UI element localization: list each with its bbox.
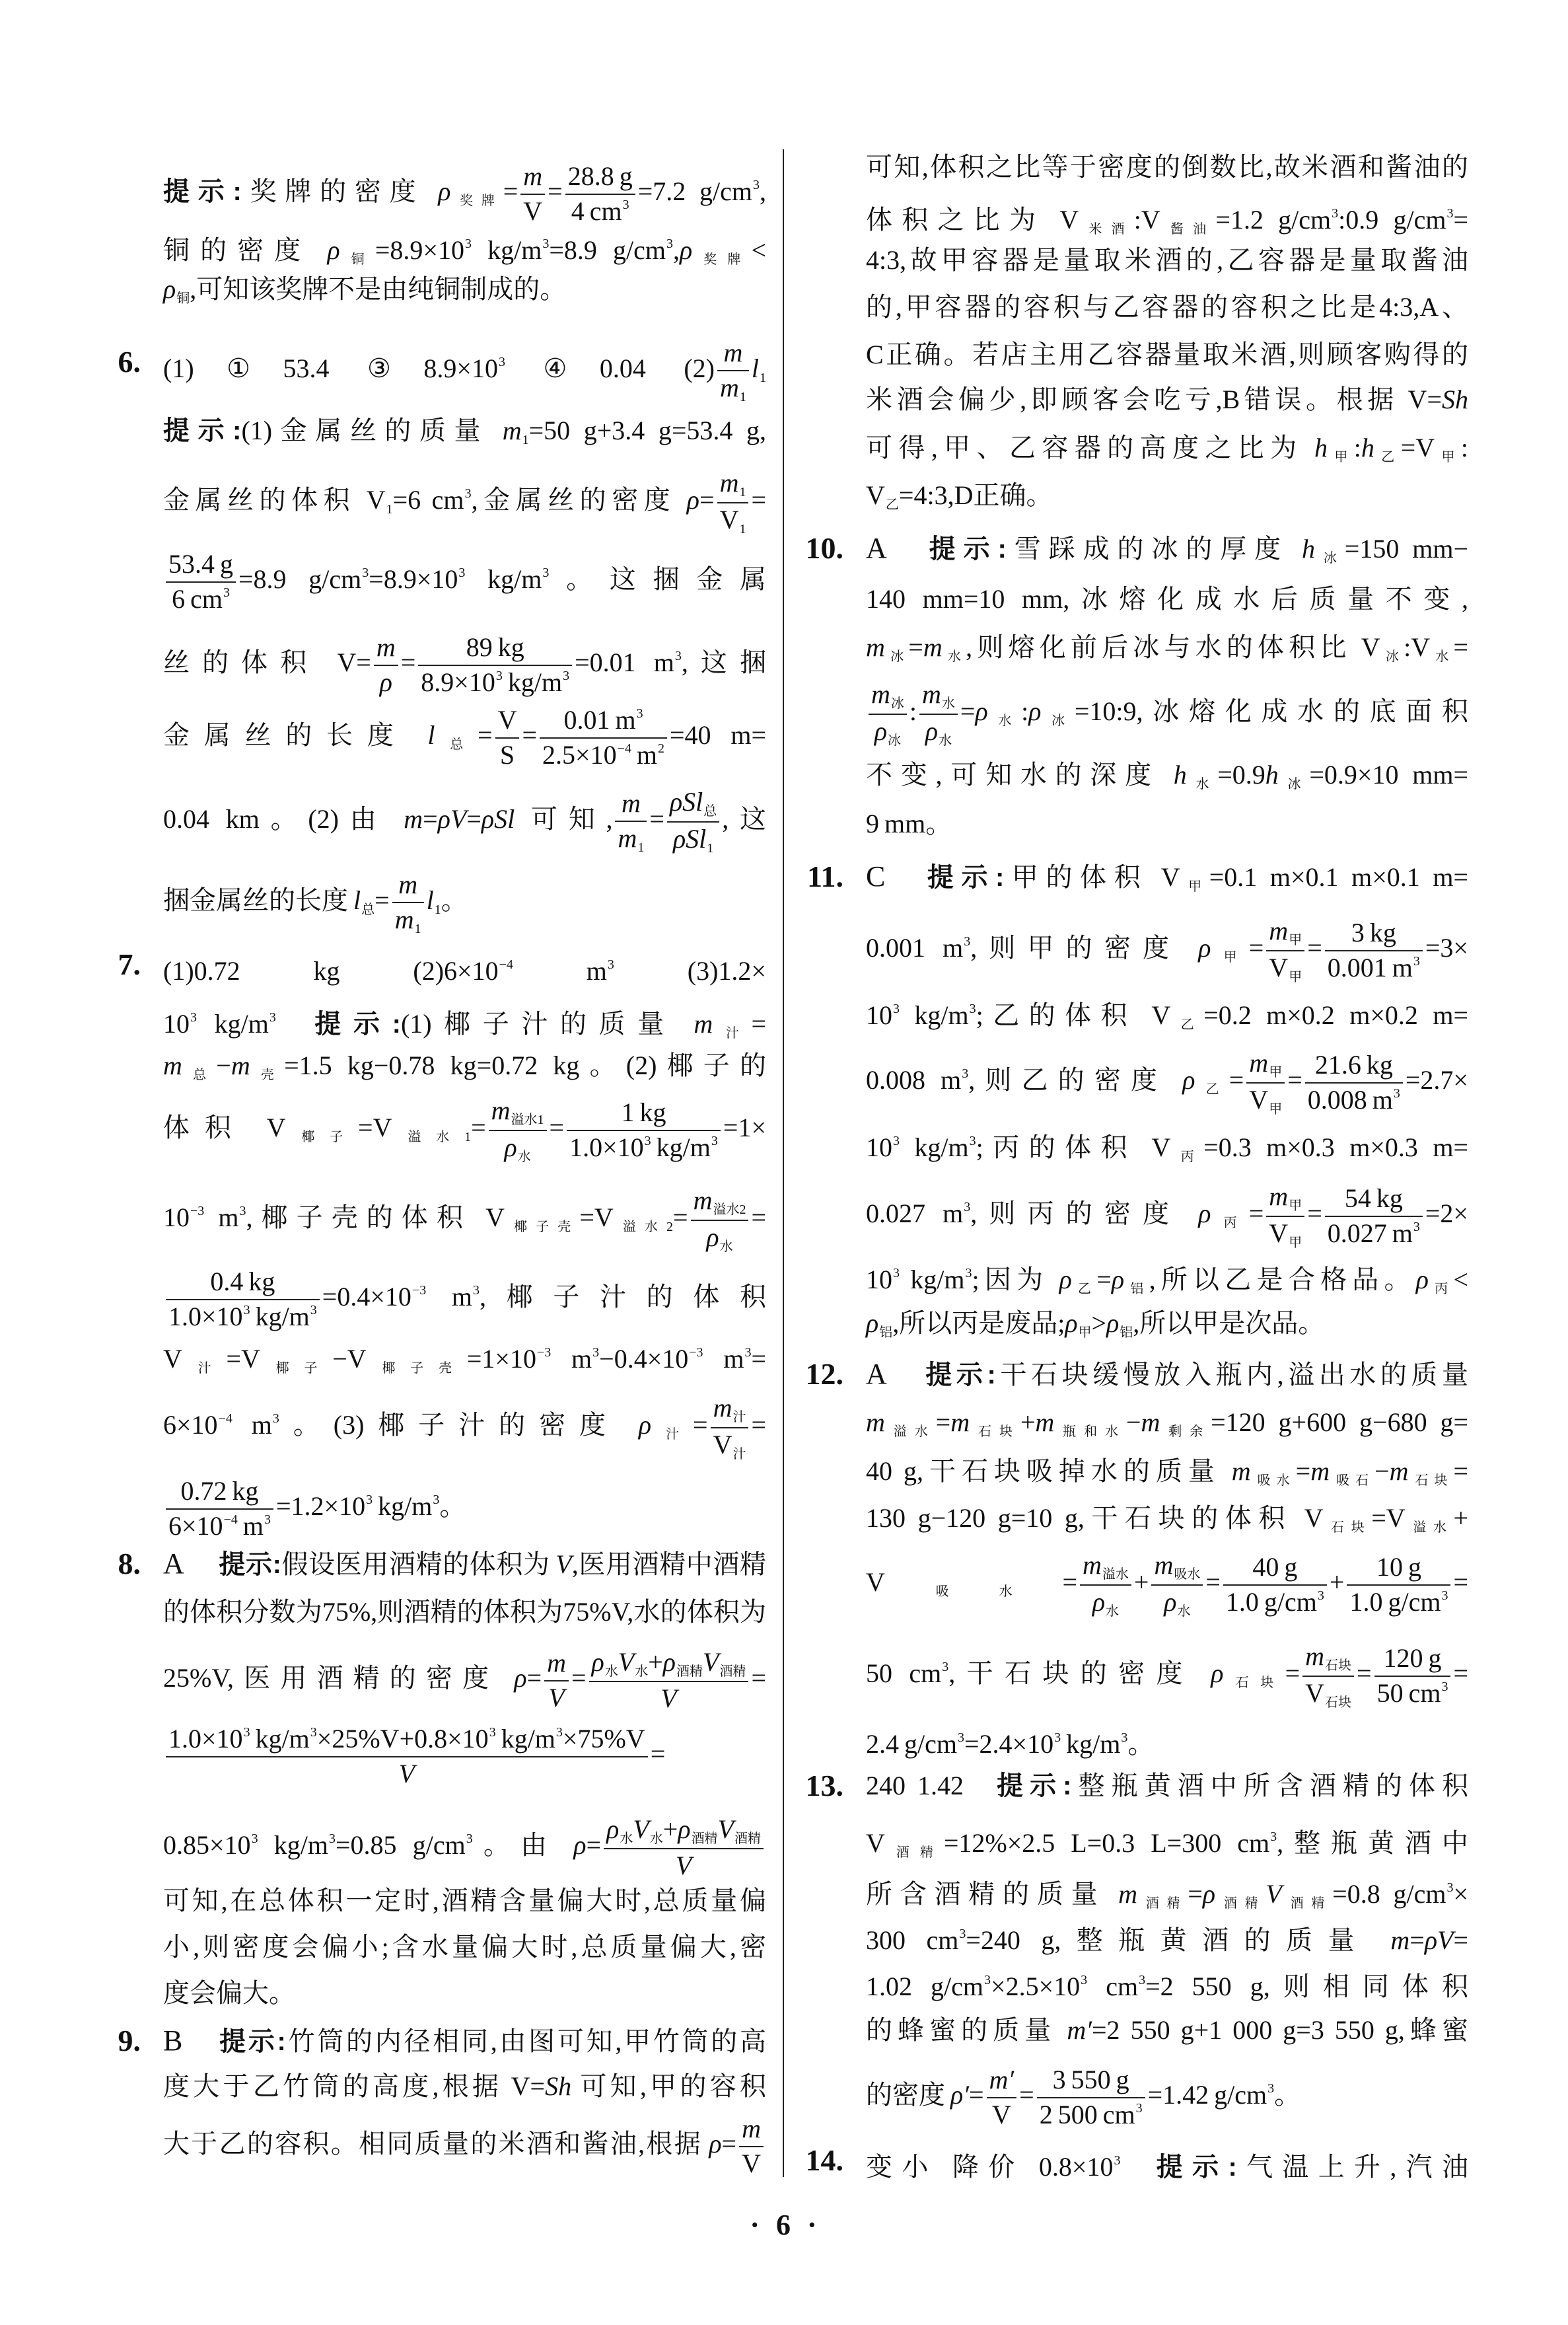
- text-run: 1.0 g/cm: [1349, 1587, 1441, 1617]
- math-variable: m: [523, 161, 542, 191]
- text-run: 。(3)椰子汁的密度: [279, 1410, 639, 1440]
- superscript: 3: [964, 934, 970, 949]
- text-run: 10 g: [1376, 1552, 1421, 1582]
- text-run: =V: [358, 1113, 392, 1142]
- text-run: =2×: [1425, 1199, 1468, 1228]
- text-run: =: [522, 720, 537, 750]
- fraction: mV: [544, 1648, 569, 1713]
- text-run: ,则甲的密度: [970, 933, 1198, 963]
- text-run: ,则熔化前后冰与水的体积比 V: [966, 632, 1380, 662]
- math-variable: m: [694, 1185, 713, 1215]
- superscript: 3: [753, 178, 760, 192]
- text-run: S: [500, 740, 515, 770]
- text-run: +: [1453, 1503, 1468, 1533]
- subscript: 椰子壳: [367, 1361, 467, 1376]
- text-run: 21.6 kg: [1315, 1050, 1393, 1080]
- text-run: +: [1330, 1567, 1345, 1597]
- subscript: 石块: [1224, 1676, 1285, 1690]
- fraction-denominator: S: [495, 739, 520, 770]
- subscript: 甲: [1211, 950, 1248, 965]
- text-run: 10: [866, 1132, 892, 1162]
- fraction: 89 kg8.9×103 kg/m3: [418, 633, 572, 698]
- text-run: =2 550 g+1 000 g=3 550 g,蜂蜜: [1092, 2015, 1468, 2045]
- text-run: 度大于乙竹筒的高度,根据 V=: [163, 2071, 545, 2101]
- text-run: m: [551, 1344, 592, 1374]
- superscript: 3: [1270, 1829, 1277, 1844]
- text-run: =: [1285, 1658, 1301, 1688]
- fraction-denominator: ρ水: [489, 1131, 547, 1164]
- text-run: 25%V,医用酒精的密度: [163, 1663, 514, 1693]
- text-run: 捆金属丝的长度: [163, 885, 353, 915]
- text-run: 1.0×10: [569, 1132, 644, 1162]
- text-run: =6 cm: [393, 485, 464, 515]
- text-run: 6 cm: [172, 584, 223, 614]
- text-run: =: [908, 632, 923, 662]
- subscript: 吸水: [1174, 1567, 1200, 1582]
- math-variable: V: [548, 1683, 564, 1713]
- text-run: =: [527, 1663, 542, 1693]
- math-variable: ρ: [1182, 1065, 1195, 1095]
- text-run: 0.027 m: [866, 1199, 963, 1228]
- text-run: =: [1062, 1567, 1077, 1597]
- text-run: m: [204, 1202, 238, 1232]
- answer-line: V吸水=m溢水ρ水+m吸水ρ水=40 g1.0 g/cm3+10 g1.0 g/…: [866, 1539, 1468, 1625]
- column-divider: [783, 149, 784, 2177]
- answer-line: 大于乙的容积。相同质量的米酒和酱油,根据 ρ=mV: [163, 2101, 766, 2187]
- text-run: +: [663, 1814, 678, 1844]
- fraction: mρ: [374, 633, 398, 698]
- fraction: 53.4 g6 cm3: [166, 550, 236, 614]
- text-run: =: [699, 485, 715, 515]
- superscript: 3: [1114, 2153, 1120, 2168]
- subscript: 壳: [251, 1068, 284, 1082]
- text-run: 金属丝的长度: [163, 720, 427, 750]
- question-number: 8.: [118, 1521, 141, 1607]
- fraction-numerator: m: [544, 1648, 569, 1681]
- superscript: 3: [984, 1973, 991, 1987]
- text-run: =1.2×10: [276, 1491, 365, 1521]
- text-run: 6×10: [163, 1410, 218, 1440]
- math-variable: ρSl: [481, 804, 515, 834]
- text-run: 。: [439, 1491, 466, 1521]
- answer-line: 14.变小 降价 0.8×103 提示:气温上升,汽油: [866, 2118, 1468, 2203]
- text-run: ,这捆: [682, 647, 766, 677]
- fraction-numerator: m: [392, 870, 424, 903]
- superscript: 2: [658, 741, 664, 756]
- text-run: 3 550 g: [1053, 2065, 1129, 2094]
- fraction-numerator: 1.0×103 kg/m3×25%V+0.8×103 kg/m3×75%V: [166, 1724, 648, 1757]
- answer-key-page: · 6 · 提示:奖牌的密度 ρ奖牌=mV=28.8 g4 cm3=7.2 g/…: [0, 0, 1568, 2325]
- text-run: =0.4×10: [322, 1282, 411, 1311]
- text-run: ;丙的体积 V: [976, 1132, 1171, 1162]
- subscript: 水: [1431, 649, 1453, 664]
- text-run: (1)①53.4 ③8.9×10: [163, 353, 498, 383]
- hint-label: 提示:: [163, 416, 241, 445]
- fraction-denominator: V: [589, 1682, 749, 1714]
- fraction-numerator: V: [495, 706, 520, 739]
- superscript: 3: [433, 1493, 439, 1507]
- math-variable: m: [1083, 1550, 1102, 1580]
- text-run: =: [751, 1344, 766, 1374]
- superscript: −3: [537, 1345, 551, 1360]
- text-run: =: [401, 647, 416, 677]
- superscript: 3: [962, 1066, 968, 1081]
- text-run: 89 kg: [466, 632, 524, 662]
- superscript: 3: [563, 669, 569, 683]
- text-run: 的体积分数为75%,则酒精的体积为75%V,水的体积为: [163, 1597, 766, 1627]
- fraction-numerator: 54 kg: [1325, 1184, 1423, 1217]
- text-run: 10: [163, 1202, 190, 1232]
- fraction-numerator: m溢水1: [489, 1096, 547, 1130]
- text-run: =: [1357, 1658, 1372, 1688]
- text-run: =: [751, 1410, 766, 1440]
- fraction-numerator: m水: [919, 680, 958, 714]
- fraction-denominator: V: [544, 1681, 569, 1713]
- fraction: m溢水2ρ水: [691, 1186, 749, 1254]
- subscript: 椰子壳: [505, 1220, 579, 1234]
- text-run: =: [1019, 2080, 1034, 2110]
- text-run: =: [1229, 1065, 1244, 1095]
- superscript: 3: [1441, 1679, 1448, 1694]
- fraction-denominator: ρSl1: [667, 823, 719, 856]
- text-run: =3×: [1425, 933, 1468, 963]
- text-run: =: [1307, 933, 1322, 963]
- question-number: 6.: [118, 319, 141, 405]
- text-run: V: [742, 2149, 761, 2178]
- text-run: +: [1134, 1567, 1149, 1597]
- math-variable: Sh: [545, 2071, 571, 2101]
- subscript: 丙: [1211, 1216, 1248, 1230]
- subscript: 酒精: [719, 1664, 746, 1679]
- answer-line: 10−3 m3,椰子壳的体积 V椰子壳=V溢水2=m溢水2ρ水=: [163, 1168, 766, 1254]
- subscript: 1: [435, 903, 441, 917]
- fraction-denominator: 1.0×103 kg/m3: [567, 1131, 721, 1163]
- text-run: +: [648, 1647, 663, 1677]
- superscript: 3: [970, 1002, 976, 1016]
- fraction-numerator: 0.72 kg: [166, 1477, 273, 1510]
- text-run: m: [232, 1410, 272, 1440]
- superscript: 3: [465, 486, 472, 501]
- text-run: 大于乙的容积。相同质量的米酒和酱油,根据: [163, 2129, 709, 2159]
- text-run: =0.2 m×0.2 m×0.2 m=: [1203, 1000, 1468, 1030]
- fraction-numerator: 40 g: [1223, 1553, 1327, 1586]
- math-variable: ρ: [1092, 1587, 1105, 1617]
- superscript: 3: [1139, 1973, 1145, 1987]
- superscript: 3: [273, 1411, 279, 1426]
- text-run: :: [1021, 696, 1028, 726]
- text-run: 54 kg: [1345, 1183, 1403, 1213]
- text-run: =40 m=: [670, 720, 766, 750]
- subscript: 汁: [183, 1361, 227, 1376]
- text-run: 0.01 m: [563, 705, 635, 735]
- fraction-numerator: 89 kg: [418, 633, 572, 666]
- text-run: 的密度: [866, 2080, 950, 2110]
- fraction-numerator: ρ水V水+ρ酒精V酒精: [589, 1648, 749, 1682]
- text-run: :V: [1404, 632, 1430, 662]
- superscript: 3: [1081, 1973, 1087, 1987]
- text-run: kg/m: [465, 564, 542, 594]
- subscript: 溢水: [1102, 1567, 1129, 1582]
- subscript: 溢水1: [511, 1113, 544, 1127]
- subscript: 水: [942, 696, 955, 711]
- math-variable: m: [923, 632, 943, 662]
- subscript: 1: [760, 371, 766, 385]
- fraction: m溢水1ρ水: [489, 1096, 547, 1164]
- text-run: −: [216, 1051, 231, 1080]
- fraction-denominator: m1: [615, 822, 647, 855]
- text-run: =: [423, 804, 438, 834]
- subscript: 汁: [652, 1427, 693, 1442]
- text-run: 体积 V: [163, 1113, 285, 1142]
- math-variable: ρ: [975, 696, 987, 726]
- text-run: 丝的体积 V=: [163, 647, 371, 677]
- hint-label: 提示:: [1147, 2153, 1236, 2182]
- subscript: 冰: [1042, 714, 1074, 728]
- text-run: ,则丙的密度: [970, 1199, 1198, 1228]
- math-variable: ρ: [1028, 696, 1041, 726]
- subscript: 酒精: [734, 1831, 761, 1846]
- fraction: 0.01 m32.5×10−4 m2: [540, 706, 667, 770]
- superscript: 3: [223, 585, 230, 600]
- text-run: 。: [1274, 2080, 1301, 2110]
- subscript: 1: [739, 485, 746, 499]
- text-run: =: [1453, 632, 1468, 662]
- fraction-numerator: 53.4 g: [166, 550, 236, 583]
- subscript: 溢水: [1406, 1520, 1454, 1535]
- text-run: =8.9×10: [369, 564, 458, 594]
- subscript: 水: [943, 649, 966, 664]
- math-variable: ρ: [1211, 1658, 1223, 1688]
- superscript: 3: [592, 1345, 599, 1360]
- text-run: 53.4 g: [168, 549, 233, 579]
- superscript: −4: [618, 741, 631, 756]
- fraction: m溢水ρ水: [1080, 1551, 1131, 1619]
- text-run: =: [571, 1663, 587, 1693]
- fraction-denominator: 1.0 g/cm3: [1223, 1586, 1327, 1617]
- superscript: 3: [675, 649, 682, 663]
- text-run: =: [969, 2080, 984, 2110]
- fraction-numerator: m1: [717, 468, 749, 503]
- math-variable: l: [353, 885, 361, 915]
- text-run: 1.0 g/cm: [1226, 1587, 1317, 1617]
- text-run: kg/m: [496, 1724, 555, 1753]
- math-variable: ρ: [663, 1647, 676, 1677]
- text-run: −0.4×10: [599, 1344, 688, 1374]
- superscript: 3: [942, 1660, 948, 1674]
- math-variable: V: [633, 1814, 649, 1844]
- question-number: 13.: [806, 1743, 844, 1829]
- math-variable: m: [163, 1051, 182, 1080]
- superscript: −4: [499, 957, 513, 972]
- text-run: ,干石块的密度: [948, 1658, 1211, 1688]
- fraction: 1.0×103 kg/m3×25%V+0.8×103 kg/m3×75%VV: [166, 1724, 648, 1789]
- superscript: 3: [329, 1831, 336, 1846]
- math-variable: m: [404, 804, 423, 834]
- math-variable: m: [398, 869, 417, 899]
- fraction: ρ水V水+ρ酒精V酒精V: [589, 1648, 749, 1714]
- math-variable: ρ: [514, 1663, 526, 1693]
- subscript: 丙: [1171, 1150, 1203, 1164]
- fraction-denominator: V: [166, 1757, 648, 1789]
- text-run: =2.7×: [1406, 1065, 1468, 1095]
- text-run: =: [478, 720, 493, 750]
- fraction-numerator: m汁: [711, 1393, 749, 1428]
- text-run: =1.42 g/cm: [1148, 2080, 1267, 2110]
- superscript: 3: [965, 1266, 972, 1280]
- fraction-denominator: ρ水: [1080, 1586, 1131, 1619]
- text-run: 0.001 m: [866, 933, 963, 963]
- subscript: 水: [989, 714, 1021, 728]
- text-run: =: [651, 1739, 666, 1769]
- text-run: kg/m: [373, 1491, 432, 1521]
- superscript: 3: [542, 566, 549, 580]
- fraction: ρSl总ρSl1: [667, 788, 719, 856]
- question-number: 11.: [807, 834, 843, 920]
- text-run: =: [673, 1202, 688, 1232]
- math-variable: l: [427, 720, 435, 750]
- math-variable: ρ: [504, 1132, 517, 1162]
- superscript: 3: [239, 1204, 246, 1218]
- question-number: 10.: [806, 505, 844, 591]
- fraction-numerator: m甲: [1266, 1182, 1304, 1216]
- math-variable: ρ: [573, 1830, 586, 1860]
- superscript: 3: [362, 566, 369, 580]
- text-run: ,金属丝的密度: [472, 485, 687, 515]
- text-run: =V: [1371, 1503, 1405, 1533]
- text-run: kg/m: [651, 1132, 711, 1162]
- superscript: 3: [645, 1134, 651, 1148]
- question-number: 14.: [806, 2118, 844, 2203]
- math-variable: ρ: [592, 1647, 604, 1677]
- subscript: 总: [435, 737, 478, 752]
- math-variable: ρ: [1198, 1199, 1211, 1228]
- superscript: −3: [190, 1204, 204, 1218]
- hint-label: 提示:: [919, 863, 1004, 892]
- fraction: mV: [739, 2114, 764, 2179]
- fraction-numerator: 3 550 g: [1037, 2065, 1145, 2098]
- math-variable: m: [622, 788, 641, 818]
- superscript: 3: [744, 1345, 751, 1360]
- text-run: =: [587, 1830, 602, 1860]
- math-variable: l: [427, 885, 434, 915]
- page-number: · 6 ·: [684, 2205, 882, 2245]
- text-run: (1)金属丝的质量: [241, 416, 502, 445]
- fraction-denominator: 1.0 g/cm3: [1347, 1586, 1450, 1617]
- text-run: =8.9 g/cm: [238, 564, 361, 594]
- subscript: 铜: [176, 291, 190, 306]
- superscript: 3: [970, 1134, 976, 1148]
- fraction-denominator: 2.5×10−4 m2: [540, 739, 667, 770]
- math-variable: m: [1305, 1641, 1324, 1671]
- text-run: 2.5×10: [542, 740, 617, 770]
- fraction-numerator: m: [374, 633, 398, 666]
- text-run: =: [1249, 1199, 1264, 1228]
- text-run: =V: [226, 1344, 260, 1374]
- text-run: kg/m: [258, 1830, 328, 1860]
- text-run: 1 kg: [621, 1097, 666, 1127]
- math-variable: ρ: [709, 2129, 721, 2159]
- fraction-numerator: 3 kg: [1325, 918, 1423, 951]
- subscript: 总: [703, 804, 717, 819]
- text-run: 1.0×10: [168, 1724, 243, 1753]
- superscript: 3: [1318, 1588, 1324, 1603]
- text-run: =: [1287, 1065, 1302, 1095]
- fraction-numerator: 21.6 kg: [1305, 1051, 1403, 1084]
- text-run: =: [751, 1663, 766, 1693]
- fraction-numerator: 0.4 kg: [166, 1267, 320, 1300]
- fraction-numerator: 120 g: [1374, 1644, 1451, 1677]
- superscript: 3: [473, 1283, 480, 1298]
- text-run: =: [751, 485, 766, 515]
- math-variable: m: [713, 1393, 732, 1422]
- text-run: ×75%V: [563, 1724, 645, 1753]
- answer-line: 25%V,医用酒精的密度 ρ=mV=ρ水V水+ρ酒精V酒精V=: [163, 1635, 766, 1721]
- fraction-numerator: 10 g: [1347, 1553, 1450, 1586]
- superscript: 3: [499, 355, 505, 369]
- text-run: =: [751, 1202, 766, 1232]
- text-run: =: [722, 2129, 737, 2159]
- fraction-denominator: 6 cm3: [166, 583, 236, 614]
- fraction-numerator: m′: [987, 2065, 1017, 2098]
- math-variable: V: [660, 1683, 676, 1713]
- text-run: =: [693, 1410, 708, 1440]
- text-run: 0.008 m: [866, 1065, 961, 1095]
- text-run: 0.85×10: [163, 1830, 251, 1860]
- math-variable: m: [1269, 1181, 1288, 1211]
- subscript: 乙: [1195, 1082, 1229, 1097]
- text-run: 甲的体积 V: [1004, 862, 1180, 892]
- text-run: 的蜂蜜的质量: [866, 2015, 1067, 2045]
- text-run: ,椰子壳的体积 V: [246, 1202, 505, 1232]
- superscript: 3: [310, 1725, 317, 1740]
- math-variable: ρSl: [670, 787, 703, 817]
- subscript: 冰: [1381, 649, 1404, 664]
- answer-choice: C: [866, 860, 885, 893]
- answer-line: 丝的体积 V=mρ=89 kg8.9×103 kg/m3=0.01 m3,这捆: [163, 613, 766, 699]
- text-run: [1120, 2152, 1147, 2182]
- math-variable: ρ: [1164, 1587, 1176, 1617]
- fraction-numerator: m吸水: [1151, 1551, 1203, 1585]
- math-variable: ρ: [639, 1410, 651, 1440]
- superscript: 3: [466, 1831, 473, 1846]
- superscript: 3: [637, 706, 643, 721]
- fraction-numerator: m: [520, 162, 545, 195]
- text-run: 0.04 km。(2)由: [163, 804, 404, 834]
- question-number: 7.: [118, 922, 141, 1008]
- text-run: =: [550, 1113, 565, 1142]
- text-run: =: [471, 1113, 486, 1142]
- fraction: mm1: [615, 789, 647, 855]
- math-variable: m: [1269, 916, 1288, 945]
- math-variable: V: [703, 1647, 719, 1677]
- math-variable: ρ: [606, 1814, 619, 1844]
- answer-line: 金属丝的体积 V1=6 cm3,金属丝的密度 ρ=m1V1=: [163, 451, 766, 536]
- text-run: V: [866, 1567, 885, 1597]
- text-run: −V: [332, 1344, 366, 1374]
- math-variable: ρ: [163, 274, 176, 304]
- subscript: 水: [635, 1664, 648, 1679]
- math-variable: ρ: [687, 485, 699, 515]
- text-run: =: [1307, 1199, 1322, 1228]
- superscript: 3: [608, 957, 614, 972]
- text-run: V: [713, 1430, 732, 1459]
- fraction: 1 kg1.0×103 kg/m3: [567, 1098, 721, 1163]
- text-run: 变小 降价 0.8×10: [866, 2152, 1113, 2182]
- text-run: 。: [441, 885, 468, 915]
- superscript: 3: [244, 1725, 250, 1740]
- text-run: =: [1249, 933, 1264, 963]
- answer-line: 0.04 km。(2)由 m=ρV=ρSl 可知,mm1=ρSl总ρSl1,这: [163, 776, 766, 862]
